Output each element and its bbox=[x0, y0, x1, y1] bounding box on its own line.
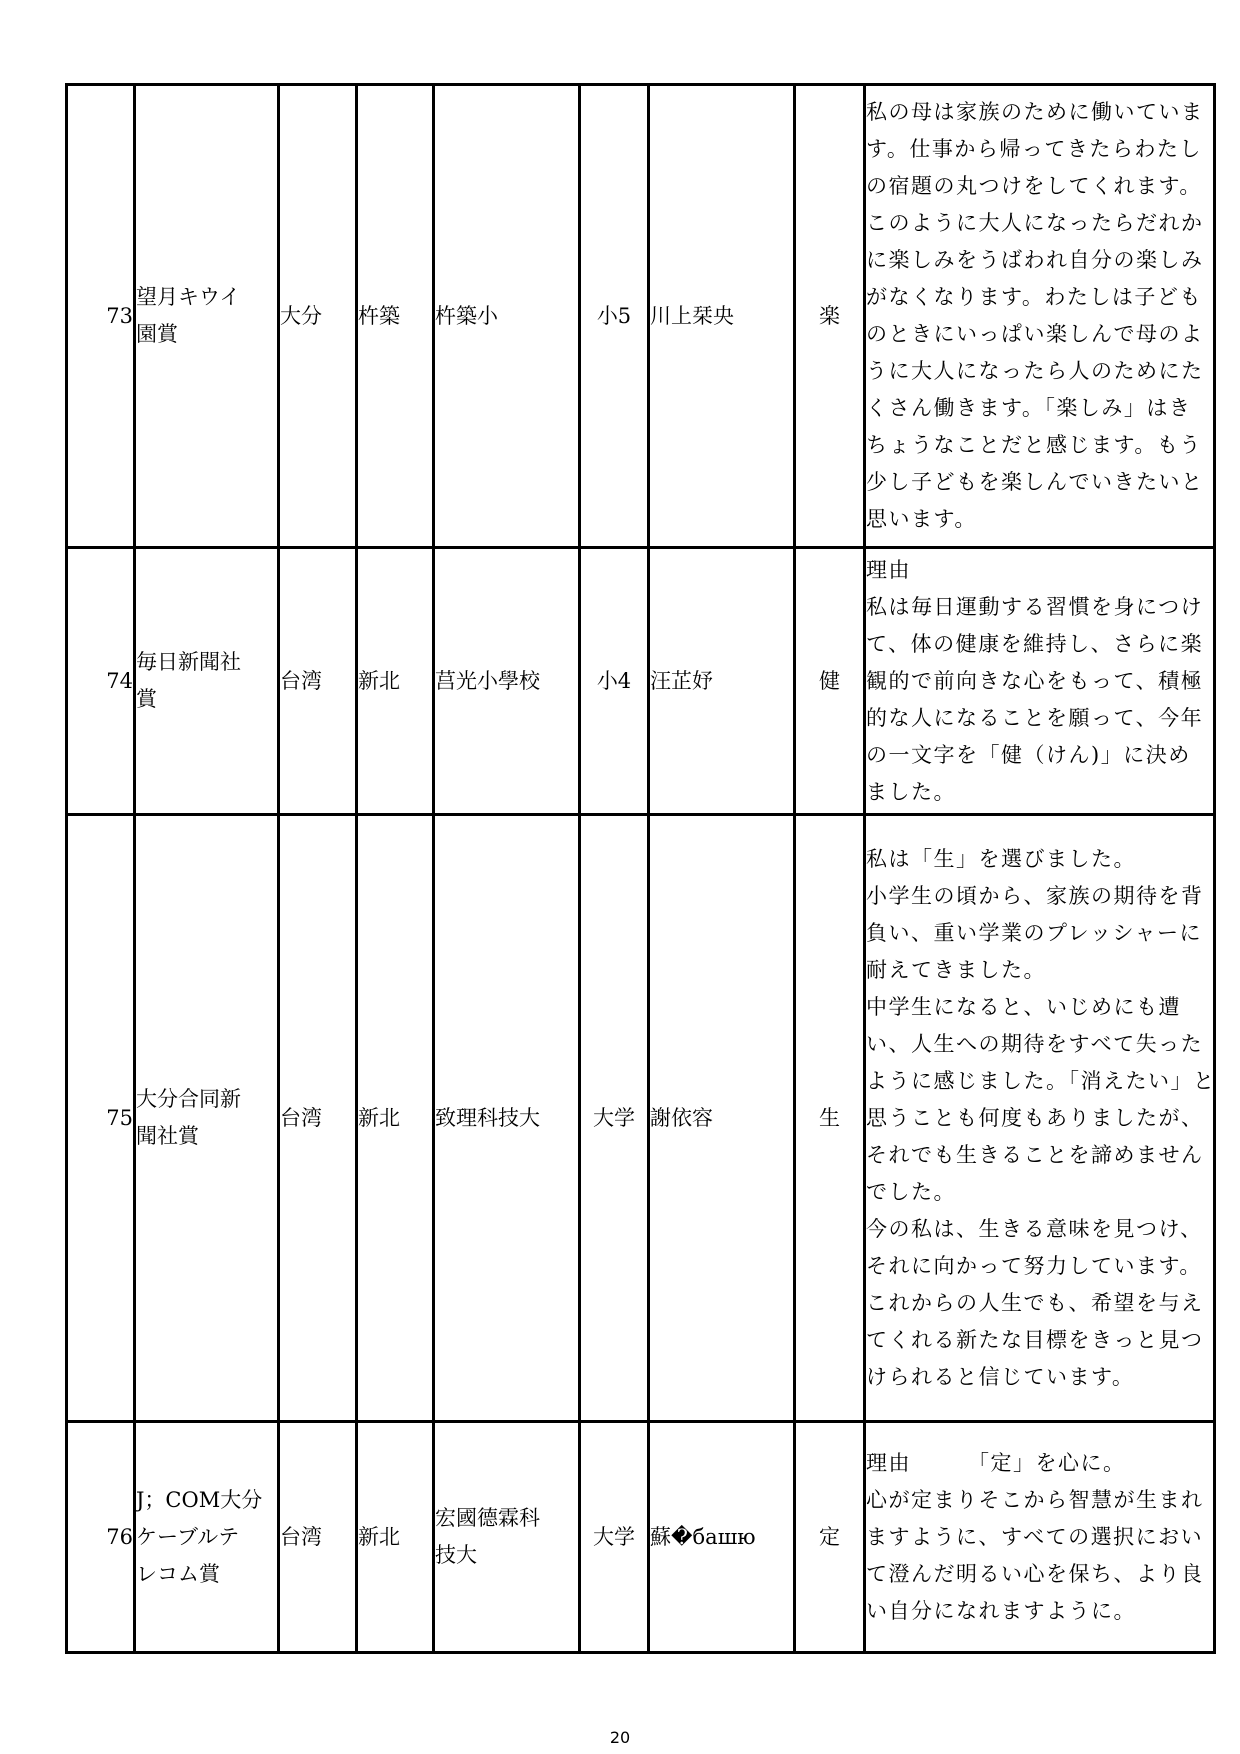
city: 新北 bbox=[357, 548, 434, 815]
region: 大分 bbox=[279, 85, 357, 548]
city: 新北 bbox=[357, 815, 434, 1422]
student-name: 蘇�башю bbox=[649, 1422, 795, 1653]
school: 杵築小 bbox=[434, 85, 580, 548]
entry-number: 75 bbox=[67, 815, 135, 1422]
student-name: 謝依容 bbox=[649, 815, 795, 1422]
page-number: 20 bbox=[0, 1728, 1240, 1747]
school: 致理科技大 bbox=[434, 815, 580, 1422]
award-name: 毎日新聞社 賞 bbox=[135, 548, 279, 815]
table-row: 76 J；COM大分 ケーブルテ レコム賞 台湾 新北 宏國德霖科 技大 大学 … bbox=[67, 1422, 1215, 1653]
table-row: 74 毎日新聞社 賞 台湾 新北 莒光小學校 小4 汪芷妤 健 理由 私は毎日運… bbox=[67, 548, 1215, 815]
award-name: 望月キウイ 園賞 bbox=[135, 85, 279, 548]
grade: 小4 bbox=[580, 548, 649, 815]
chosen-kanji: 健 bbox=[795, 548, 865, 815]
reason-text: 理由 私は毎日運動する習慣を身につけ て、体の健康を維持し、さらに楽 観的で前向… bbox=[865, 548, 1215, 815]
award-name: 大分合同新 聞社賞 bbox=[135, 815, 279, 1422]
reason-text: 私は「生」を選びました。 小学生の頃から、家族の期待を背 負い、重い学業のプレッ… bbox=[865, 815, 1215, 1422]
entry-number: 74 bbox=[67, 548, 135, 815]
table-body: 73 望月キウイ 園賞 大分 杵築 杵築小 小5 川上栞央 楽 私の母は家族のた… bbox=[67, 85, 1215, 1653]
grade: 大学 bbox=[580, 815, 649, 1422]
student-name: 川上栞央 bbox=[649, 85, 795, 548]
entry-number: 73 bbox=[67, 85, 135, 548]
entry-number: 76 bbox=[67, 1422, 135, 1653]
region: 台湾 bbox=[279, 815, 357, 1422]
reason-text: 私の母は家族のために働いていま す。仕事から帰ってきたらわたし の宿題の丸つけを… bbox=[865, 85, 1215, 548]
student-name: 汪芷妤 bbox=[649, 548, 795, 815]
table-row: 73 望月キウイ 園賞 大分 杵築 杵築小 小5 川上栞央 楽 私の母は家族のた… bbox=[67, 85, 1215, 548]
city: 新北 bbox=[357, 1422, 434, 1653]
chosen-kanji: 生 bbox=[795, 815, 865, 1422]
region: 台湾 bbox=[279, 548, 357, 815]
school: 莒光小學校 bbox=[434, 548, 580, 815]
school: 宏國德霖科 技大 bbox=[434, 1422, 580, 1653]
table-row: 75 大分合同新 聞社賞 台湾 新北 致理科技大 大学 謝依容 生 私は「生」を… bbox=[67, 815, 1215, 1422]
award-name: J；COM大分 ケーブルテ レコム賞 bbox=[135, 1422, 279, 1653]
grade: 大学 bbox=[580, 1422, 649, 1653]
document-page: 73 望月キウイ 園賞 大分 杵築 杵築小 小5 川上栞央 楽 私の母は家族のた… bbox=[0, 0, 1240, 1754]
city: 杵築 bbox=[357, 85, 434, 548]
award-table: 73 望月キウイ 園賞 大分 杵築 杵築小 小5 川上栞央 楽 私の母は家族のた… bbox=[65, 83, 1216, 1654]
region: 台湾 bbox=[279, 1422, 357, 1653]
chosen-kanji: 定 bbox=[795, 1422, 865, 1653]
grade: 小5 bbox=[580, 85, 649, 548]
chosen-kanji: 楽 bbox=[795, 85, 865, 548]
reason-text: 理由 「定」を心に。 心が定まりそこから智慧が生まれ ますように、すべての選択に… bbox=[865, 1422, 1215, 1653]
